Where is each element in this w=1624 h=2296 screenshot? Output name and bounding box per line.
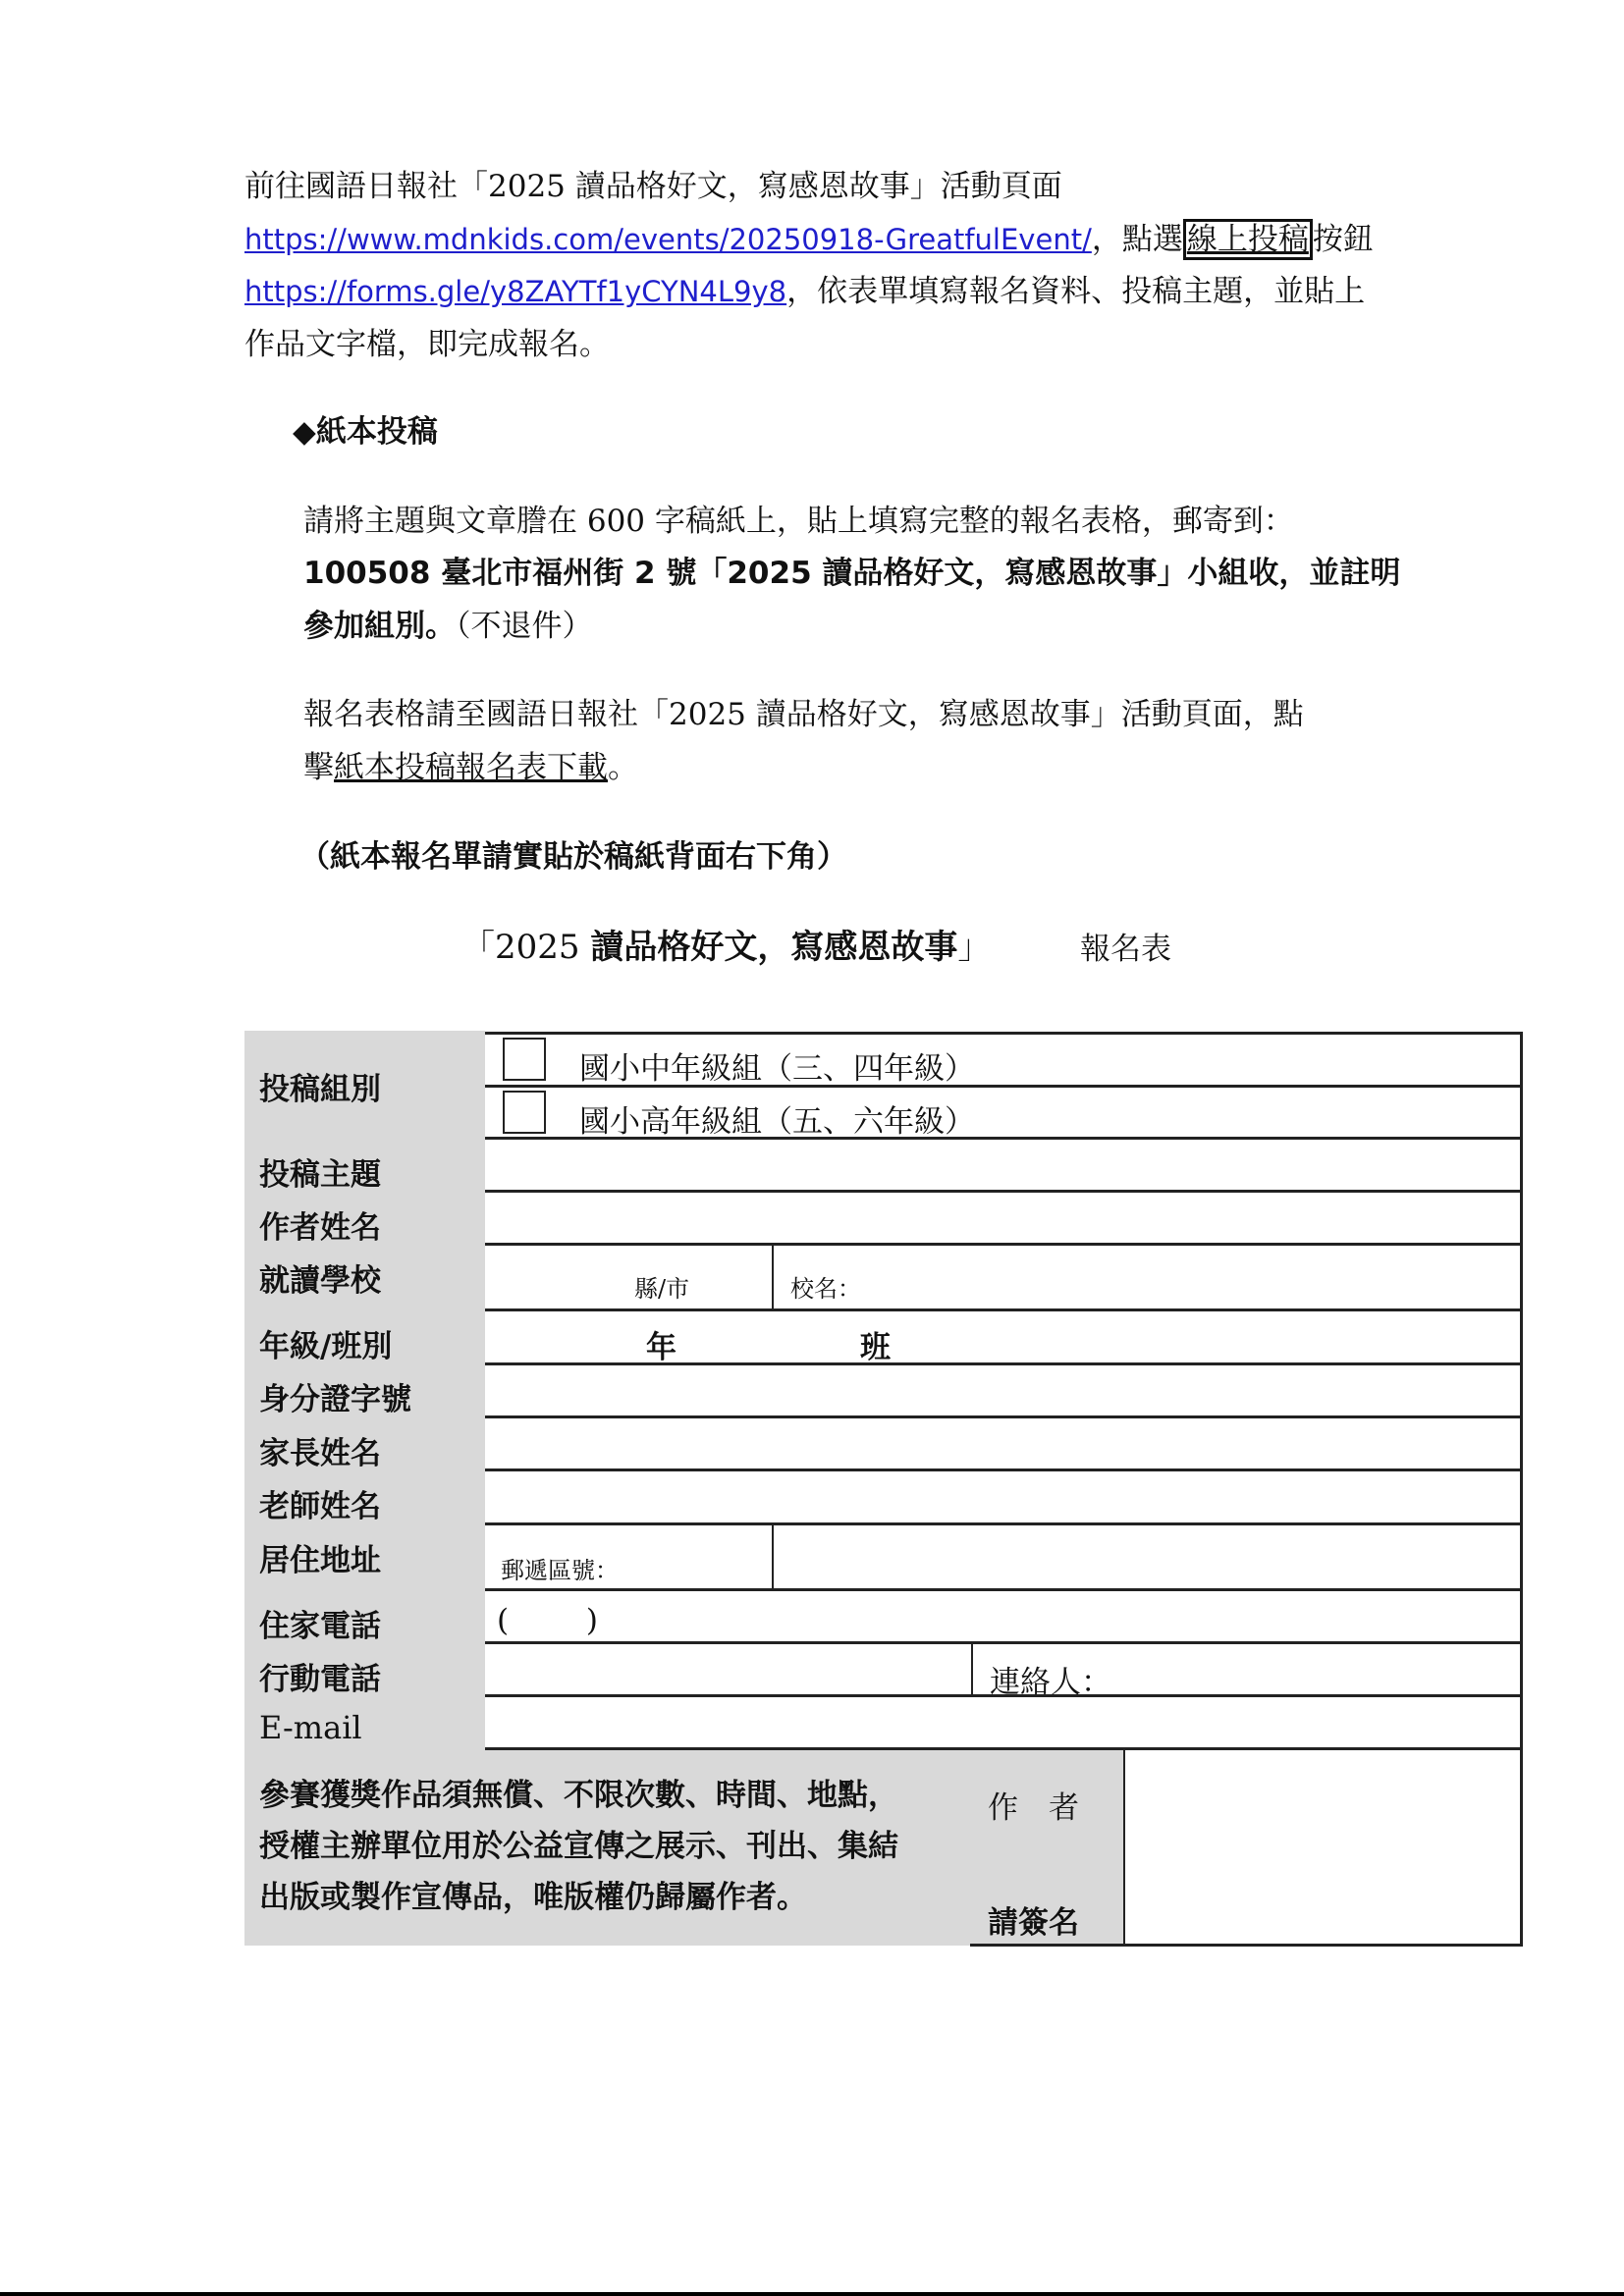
intro-line-2: https://www.mdnkids.com/events/20250918-…	[244, 213, 1374, 266]
school-county-suffix: 縣/市	[634, 1269, 689, 1304]
paper-para2-line2-end: 。	[608, 750, 638, 785]
intro-line-3: https://forms.gle/y8ZAYTf1yCYN4L9y8，依表單填…	[244, 265, 1365, 318]
table-right-border	[1520, 1032, 1523, 1947]
paper-para1-line1: 請將主題與文章謄在 600 字稿紙上，貼上填寫完整的報名表格，郵寄到：	[303, 495, 1294, 548]
paper-para1-line3: 參加組別。（不退件）	[303, 600, 593, 653]
school-county-field[interactable]	[488, 1246, 771, 1308]
form-title-open: 「2025	[461, 928, 590, 967]
option-middle-grade-label: 國小中年級組（三、四年級）	[579, 1043, 975, 1088]
class-suffix: 班	[860, 1322, 891, 1366]
signature-label-top: 作 者	[988, 1783, 1079, 1827]
label-teacher: 老師姓名	[259, 1481, 381, 1525]
school-divider	[772, 1243, 774, 1310]
label-mobile: 行動電話	[259, 1654, 381, 1698]
label-address: 居住地址	[259, 1535, 381, 1579]
label-parent: 家長姓名	[259, 1428, 381, 1472]
label-id-number: 身分證字號	[259, 1374, 411, 1418]
author-signature-field[interactable]	[1127, 1750, 1519, 1943]
paper-form-download-link[interactable]: 紙本投稿報名表下載	[334, 750, 608, 785]
paper-para2-line2-pre: 擊	[303, 750, 334, 785]
signature-bottom-line	[970, 1944, 1523, 1947]
paper-para1-line3-bold: 參加組別。	[303, 609, 456, 644]
teacher-name-field[interactable]	[488, 1471, 1519, 1522]
label-topic: 投稿主題	[259, 1149, 381, 1194]
event-page-link[interactable]: https://www.mdnkids.com/events/20250918-…	[244, 223, 1092, 256]
row-divider	[485, 1032, 1523, 1035]
mobile-divider	[971, 1641, 973, 1696]
signature-label-bottom: 請簽名	[988, 1897, 1079, 1942]
mobile-phone-field[interactable]	[488, 1644, 969, 1693]
paper-section-heading: ◆紙本投稿	[293, 405, 438, 458]
checkbox-upper-grade[interactable]	[503, 1091, 546, 1134]
label-home-phone: 住家電話	[259, 1601, 381, 1645]
label-author: 作者姓名	[259, 1202, 381, 1247]
postal-code-prefix: 郵遞區號：	[501, 1551, 619, 1585]
label-email: E-mail	[259, 1709, 362, 1746]
google-form-link[interactable]: https://forms.gle/y8ZAYTf1yCYN4L9y8	[244, 275, 786, 308]
school-name-prefix: 校名：	[790, 1269, 861, 1304]
paper-para1-line2: 100508 臺北市福州街 2 號「2025 讀品格好文，寫感恩故事」小組收，並…	[303, 547, 1400, 600]
signature-divider	[1123, 1747, 1125, 1946]
grade-suffix: 年	[646, 1322, 677, 1366]
form-title-suffix: 報名表	[1080, 923, 1171, 976]
label-school: 就讀學校	[259, 1255, 381, 1300]
contact-person-prefix: 連絡人：	[990, 1657, 1111, 1701]
form-title-close: 」	[957, 928, 991, 967]
label-grade-class: 年級/班別	[259, 1321, 392, 1365]
intro-line-4: 作品文字檔，即完成報名。	[244, 318, 610, 371]
consent-line-3: 出版或製作宣傳品，唯版權仍歸屬作者。	[259, 1872, 807, 1923]
consent-line-1: 參賽獲獎作品須無償、不限次數、時間、地點，	[259, 1770, 898, 1821]
topic-field[interactable]	[488, 1140, 1519, 1189]
intro-line-2-mid: ，點選	[1092, 222, 1183, 257]
author-name-field[interactable]	[488, 1193, 1519, 1242]
intro-line-3-end: ，依表單填寫報名資料、投稿主題，並貼上	[786, 274, 1365, 309]
address-field[interactable]	[776, 1525, 1519, 1587]
form-title-bold: 讀品格好文，寫感恩故事	[590, 928, 957, 967]
paper-para2-line2: 擊紙本投稿報名表下載。	[303, 741, 638, 794]
label-group: 投稿組別	[259, 1064, 381, 1108]
school-name-field[interactable]	[776, 1246, 1519, 1308]
parent-name-field[interactable]	[488, 1418, 1519, 1468]
email-field[interactable]	[488, 1697, 1519, 1746]
consent-line-2: 授權主辦單位用於公益宣傳之展示、刊出、集結	[259, 1821, 898, 1872]
address-divider	[772, 1522, 774, 1590]
option-upper-grade-label: 國小高年級組（五、六年級）	[579, 1096, 975, 1141]
form-title: 「2025 讀品格好文，寫感恩故事」	[461, 921, 991, 974]
grade-class-field[interactable]	[488, 1311, 1519, 1362]
checkbox-middle-grade[interactable]	[503, 1038, 546, 1081]
paper-para2-line1: 報名表格請至國語日報社「2025 讀品格好文，寫感恩故事」活動頁面，點	[303, 688, 1304, 741]
id-number-field[interactable]	[488, 1365, 1519, 1415]
paper-note: （紙本報名單請實貼於稿紙背面右下角）	[299, 830, 847, 883]
online-submit-button-ref: 線上投稿	[1183, 219, 1313, 260]
home-phone-area-parens: ( )	[497, 1603, 598, 1638]
page-bottom-edge	[0, 2292, 1624, 2296]
paper-para1-line3-tail: （不退件）	[456, 609, 593, 644]
intro-line-1: 前往國語日報社「2025 讀品格好文，寫感恩故事」活動頁面	[244, 160, 1062, 213]
home-phone-field[interactable]	[488, 1591, 1519, 1640]
intro-line-2-end: 按鈕	[1313, 222, 1374, 257]
